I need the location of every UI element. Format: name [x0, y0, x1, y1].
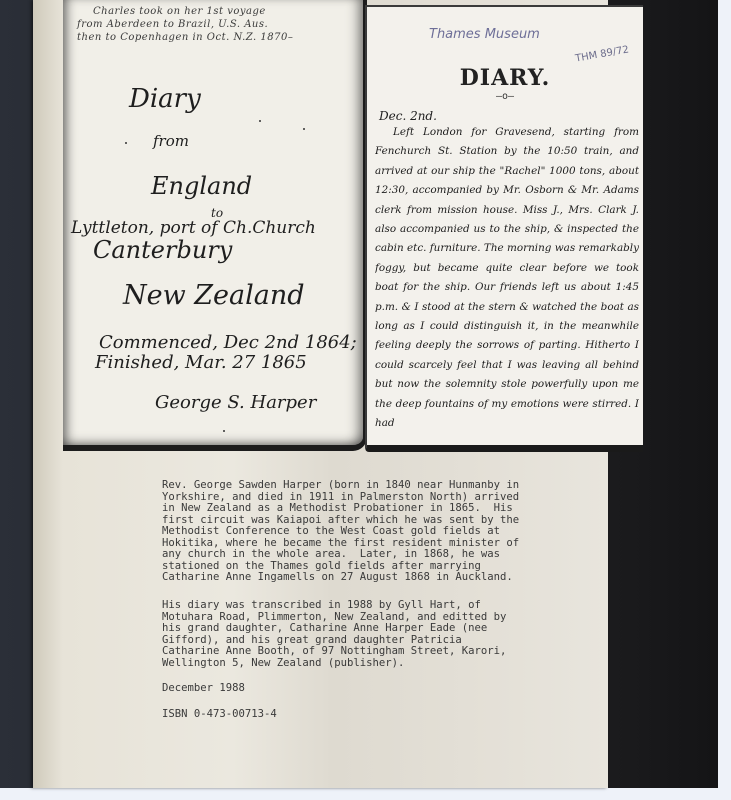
title-diary: Diary: [129, 84, 201, 114]
margin-note-line-2: from Aberdeen to Brazil, U.S. Aus.: [77, 19, 268, 30]
ink-speck: [259, 120, 261, 122]
transcription-credits-paragraph: His diary was transcribed in 1988 by Gyl…: [162, 600, 506, 669]
diary-first-page: Thames Museum THM 89/72 DIARY. —o— Dec. …: [365, 5, 643, 452]
document-page: Charles took on her 1st voyage from Aber…: [33, 0, 608, 788]
museum-label: Thames Museum: [429, 27, 540, 42]
isbn: ISBN 0-473-00713-4: [162, 709, 277, 721]
signature: George S. Harper: [155, 392, 316, 413]
margin-note-line-1: Charles took on her 1st voyage: [93, 6, 266, 17]
title-from: from: [153, 132, 189, 150]
title-province: Canterbury: [93, 236, 232, 264]
handwritten-title-page: Charles took on her 1st voyage from Aber…: [63, 0, 367, 451]
entry-date: Dec. 2nd.: [379, 109, 437, 123]
ink-speck: [303, 128, 305, 130]
margin-note-line-3: then to Copenhagen in Oct. N.Z. 1870–: [77, 32, 293, 43]
publication-date: December 1988: [162, 683, 245, 695]
ink-speck: [125, 142, 127, 144]
catalogue-reference: THM 89/72: [574, 44, 629, 64]
finished-date: Finished, Mar. 27 1865: [95, 352, 307, 373]
diary-entry-text: Left London for Gravesend, starting from…: [375, 123, 639, 453]
commenced-date: Commenced, Dec 2nd 1864;: [99, 332, 357, 353]
heading-ornament: —o—: [367, 91, 643, 102]
biography-paragraph: Rev. George Sawden Harper (born in 1840 …: [162, 480, 519, 584]
ink-speck: [223, 430, 225, 432]
diary-heading: DIARY.: [367, 65, 643, 91]
title-origin: England: [151, 172, 252, 200]
title-country: New Zealand: [123, 280, 305, 311]
title-destination-port: Lyttleton, port of Ch.Church: [71, 218, 316, 238]
